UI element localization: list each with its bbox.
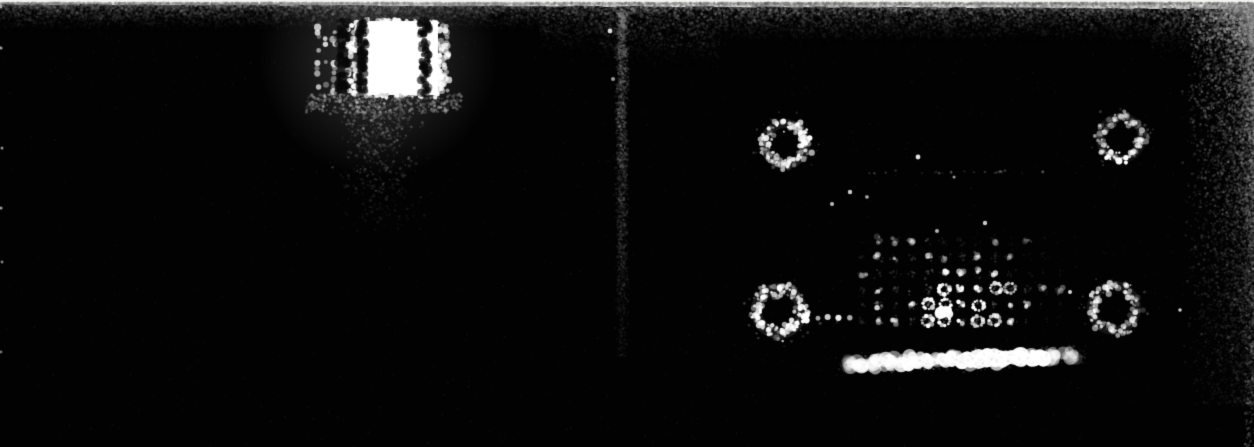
photo-canvas (0, 0, 1254, 447)
scanned-photo-figure (0, 0, 1254, 447)
